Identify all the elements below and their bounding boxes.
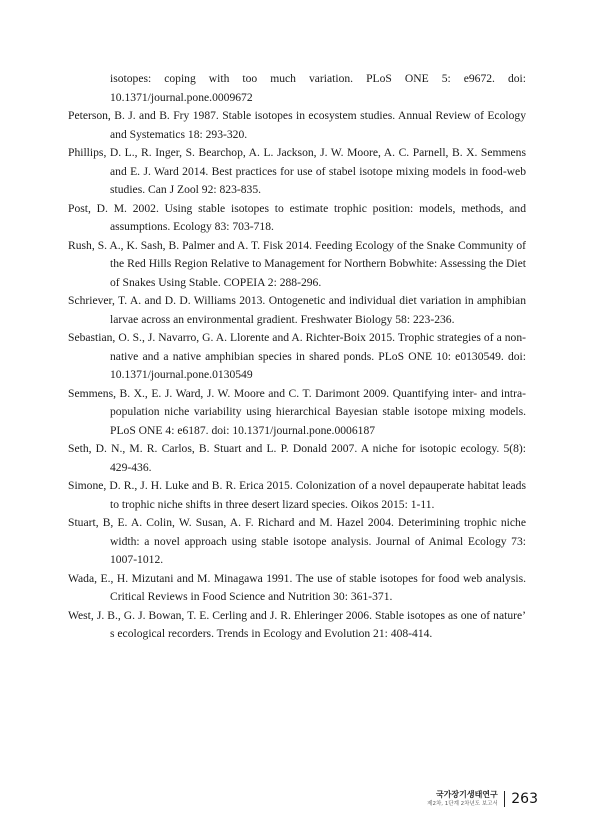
reference-entry: Simone, D. R., J. H. Luke and B. R. Eric…	[68, 477, 526, 514]
reference-entry: Post, D. M. 2002. Using stable isotopes …	[68, 200, 526, 237]
footer-subtitle: 제2차, 1단계 2차년도 보고서	[427, 800, 498, 808]
footer-title: 국가장기생태연구	[427, 790, 498, 800]
reference-entry: Seth, D. N., M. R. Carlos, B. Stuart and…	[68, 440, 526, 477]
reference-list: isotopes: coping with too much variation…	[68, 70, 526, 644]
page-footer: 국가장기생태연구 제2차, 1단계 2차년도 보고서 263	[427, 790, 538, 808]
reference-entry: West, J. B., G. J. Bowan, T. E. Cerling …	[68, 607, 526, 644]
page-number: 263	[511, 791, 538, 807]
reference-entry: Rush, S. A., K. Sash, B. Palmer and A. T…	[68, 237, 526, 293]
reference-entry: Schriever, T. A. and D. D. Williams 2013…	[68, 292, 526, 329]
reference-entry: Sebastian, O. S., J. Navarro, G. A. Llor…	[68, 329, 526, 385]
reference-entry: Peterson, B. J. and B. Fry 1987. Stable …	[68, 107, 526, 144]
reference-entry: Stuart, B, E. A. Colin, W. Susan, A. F. …	[68, 514, 526, 570]
reference-entry: Phillips, D. L., R. Inger, S. Bearchop, …	[68, 144, 526, 200]
footer-divider	[504, 791, 506, 807]
reference-continuation: isotopes: coping with too much variation…	[68, 70, 526, 107]
reference-entry: Semmens, B. X., E. J. Ward, J. W. Moore …	[68, 385, 526, 441]
reference-entry: Wada, E., H. Mizutani and M. Minagawa 19…	[68, 570, 526, 607]
footer-text: 국가장기생태연구 제2차, 1단계 2차년도 보고서	[427, 790, 498, 808]
